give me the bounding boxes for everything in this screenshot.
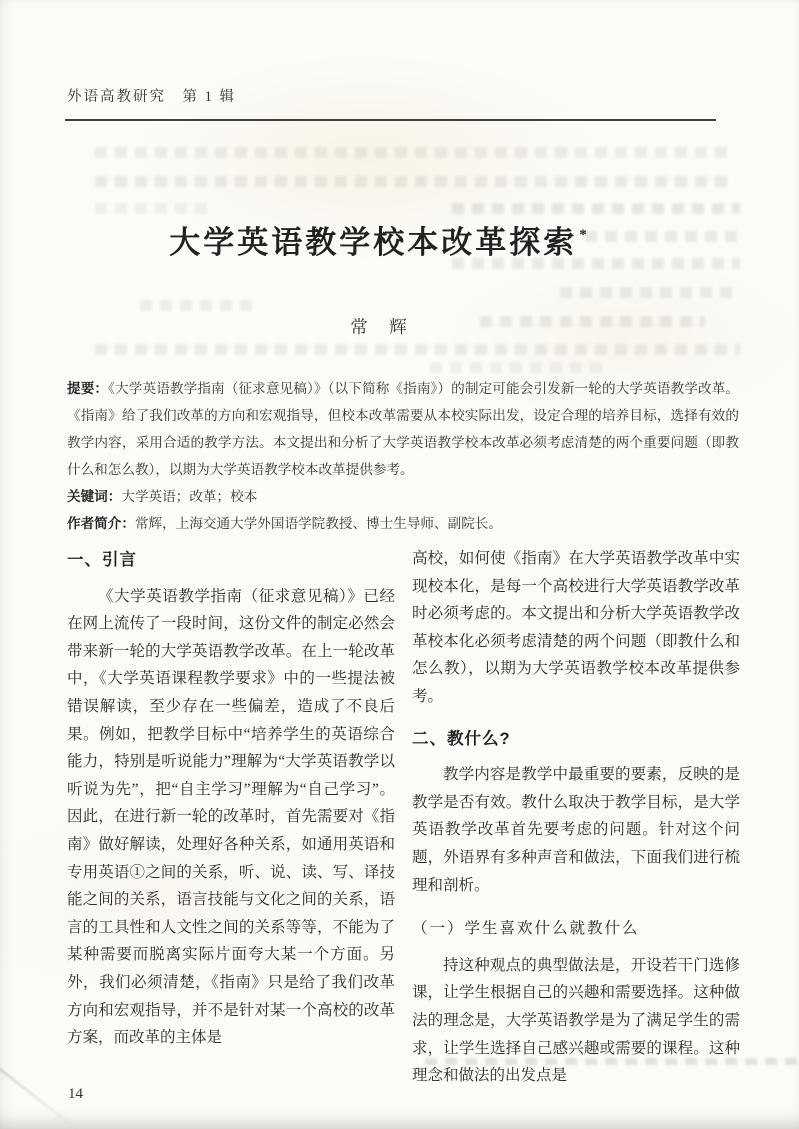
bleedthrough-line (430, 362, 605, 373)
article-title-text: 大学英语教学校本改革探索 (169, 225, 577, 260)
author-bio-line: 作者简介：常辉，上海交通大学外国语学院教授、博士生导师、副院长。 (67, 510, 739, 537)
section-2-heading: 二、教什么? (412, 726, 740, 754)
bleedthrough-line (95, 147, 735, 158)
title-footnote-marker: * (579, 227, 590, 243)
keywords-text: 大学英语；改革；校本 (121, 489, 257, 504)
author-bio-text: 常辉，上海交通大学外国语学院教授、博士生导师、副院长。 (135, 516, 502, 531)
section-1-paragraph: 《大学英语教学指南（征求意见稿）》已经在网上流传了一段时间，这份文件的制定必然会… (67, 583, 395, 1052)
section-2-1-paragraph: 持这种观点的典型做法是，开设若干门选修课，让学生根据自己的兴趣和需要选择。这种做… (412, 952, 740, 1090)
abstract-label: 提要： (67, 381, 108, 396)
abstract-paragraph: 提要：《大学英语教学指南（征求意见稿）》（以下简称《指南》）的制定可能会引发新一… (67, 375, 739, 483)
author-name: 常 辉 (0, 314, 759, 339)
author-bio-label: 作者简介： (67, 516, 135, 531)
article-title: 大学英语教学校本改革探索* (0, 217, 759, 262)
abstract-block: 提要：《大学英语教学指南（征求意见稿）》（以下简称《指南》）的制定可能会引发新一… (67, 375, 739, 537)
section-2-1-subheading: （一）学生喜欢什么就教什么 (412, 915, 740, 943)
keywords-label: 关键词： (67, 489, 121, 504)
left-column: 一、引言 《大学英语教学指南（征求意见稿）》已经在网上流传了一段时间，这份文件的… (67, 545, 395, 1090)
bleedthrough-line (95, 203, 215, 214)
page-number: 14 (68, 1086, 83, 1103)
keywords-line: 关键词：大学英语；改革；校本 (67, 483, 739, 510)
section-1-heading: 一、引言 (67, 547, 395, 575)
header-rule (65, 119, 716, 121)
bleedthrough-line (95, 176, 735, 187)
bleedthrough-line (140, 300, 255, 311)
scanned-journal-page: 外语高教研究 第 1 辑 大学英语教学校本改革探索* 常 辉 提要：《大学英语教… (0, 0, 799, 1129)
bleedthrough-line (452, 203, 740, 214)
article-body: 一、引言 《大学英语教学指南（征求意见稿）》已经在网上流传了一段时间，这份文件的… (67, 545, 740, 1090)
running-head: 外语高教研究 第 1 辑 (67, 85, 236, 106)
abstract-text: 《大学英语教学指南（征求意见稿）》（以下简称《指南》）的制定可能会引发新一轮的大… (67, 381, 739, 477)
right-column: 高校，如何使《指南》在大学英语教学改革中实现校本化，是每一个高校进行大学英语教学… (412, 545, 740, 1090)
bleedthrough-line (560, 287, 740, 298)
section-2-paragraph: 教学内容是教学中最重要的要素，反映的是教学是否有效。教什么取决于教学目标，是大学… (412, 761, 740, 899)
section-1-paragraph-continued: 高校，如何使《指南》在大学英语教学改革中实现校本化，是每一个高校进行大学英语教学… (412, 545, 740, 711)
bleedthrough-line (95, 344, 740, 355)
